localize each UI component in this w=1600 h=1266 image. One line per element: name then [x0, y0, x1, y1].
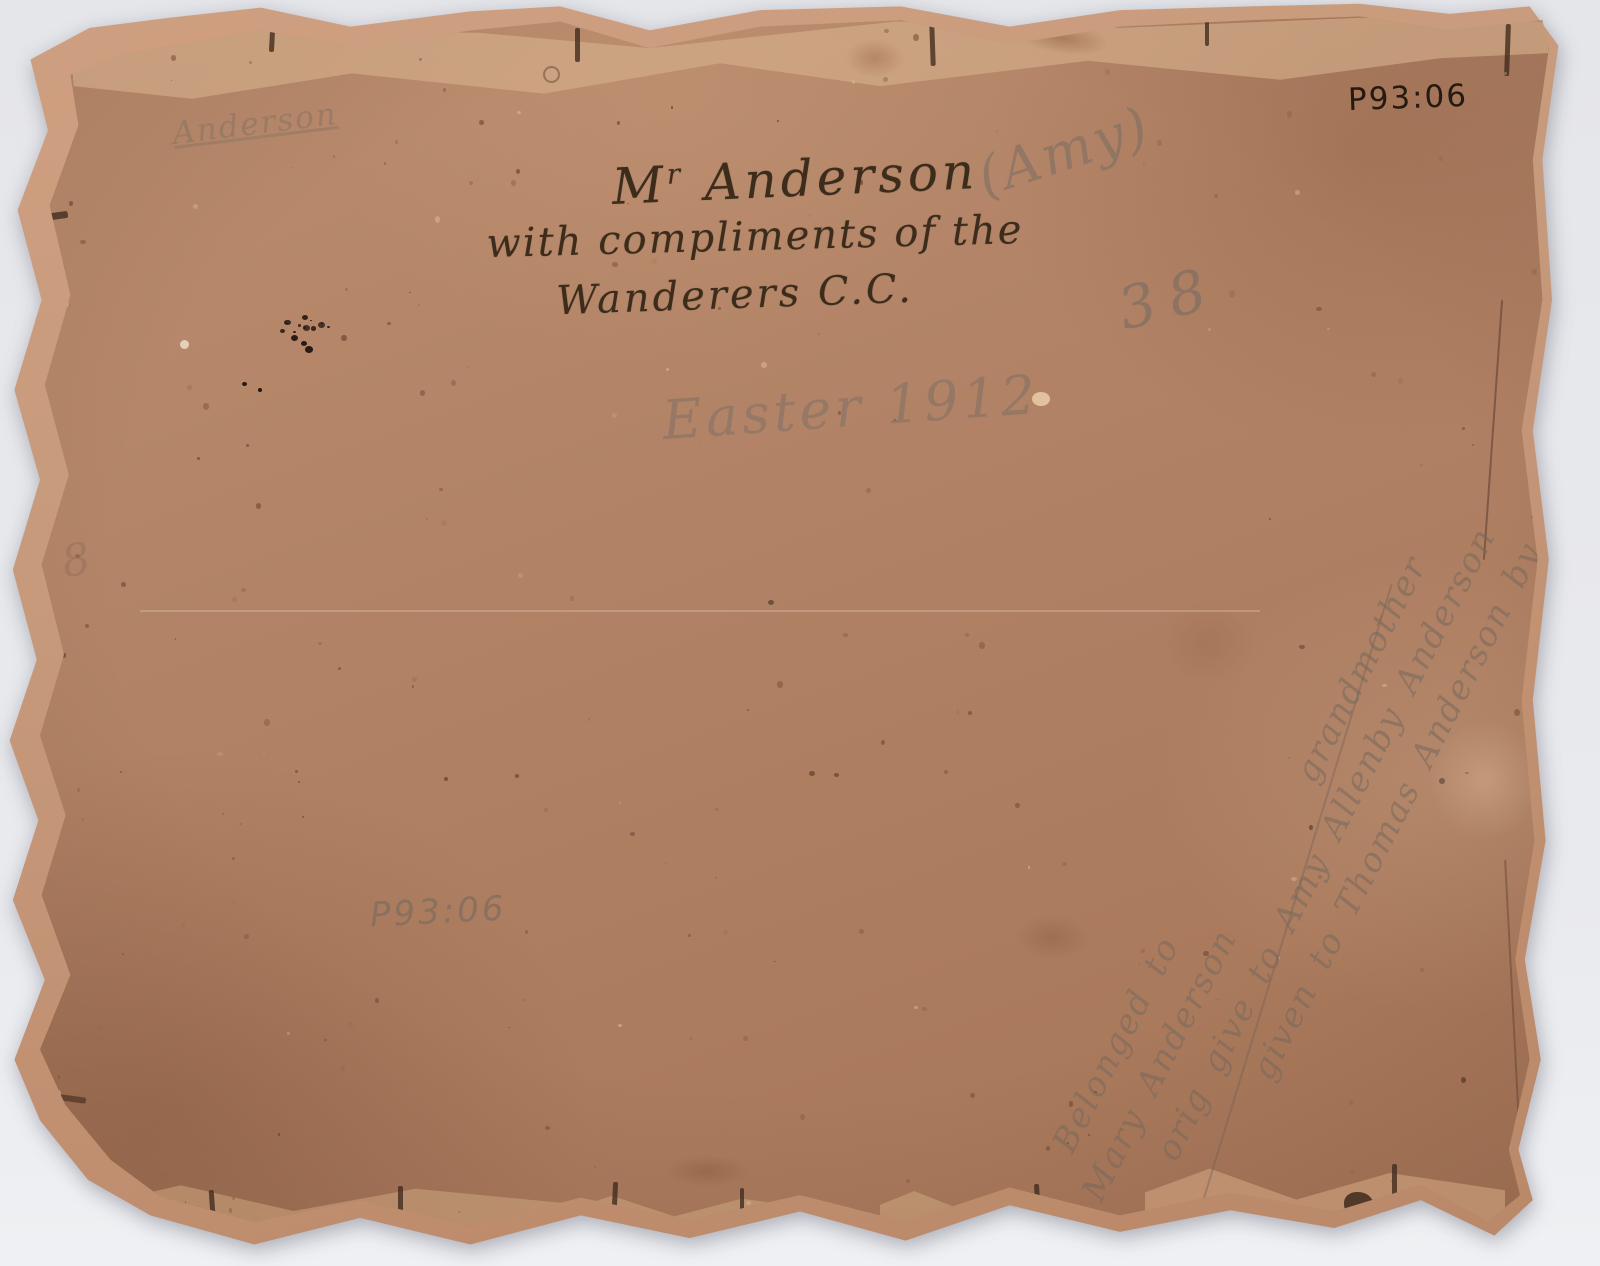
speck — [412, 677, 417, 683]
speck — [619, 802, 621, 805]
speck — [594, 1166, 596, 1167]
speck — [518, 573, 523, 578]
speck — [324, 1039, 327, 1041]
speck — [523, 999, 526, 1001]
speck — [232, 597, 238, 603]
speck — [1028, 866, 1030, 869]
speck — [517, 111, 521, 114]
speck — [384, 162, 386, 165]
speck — [834, 773, 839, 778]
speck — [426, 518, 428, 520]
speck — [290, 167, 292, 168]
speck — [881, 740, 885, 745]
speck — [996, 130, 998, 132]
speck — [666, 368, 669, 371]
speck — [229, 1208, 232, 1212]
ink-spatter-dot — [310, 320, 312, 322]
speck — [866, 488, 871, 493]
speck — [120, 771, 123, 773]
speck — [439, 488, 443, 491]
speck — [58, 1075, 61, 1078]
speck — [1214, 194, 1217, 198]
ink-spatter-dot — [305, 346, 313, 353]
ink-spatter-dot — [293, 331, 296, 333]
speck — [441, 520, 447, 526]
speck — [979, 642, 984, 649]
speck — [122, 953, 124, 955]
speck — [1143, 164, 1145, 166]
speck — [508, 1027, 510, 1029]
speck — [77, 788, 80, 792]
speck — [1295, 190, 1301, 195]
speck — [715, 877, 717, 879]
speck — [420, 390, 425, 396]
speck — [1287, 111, 1292, 117]
speck — [287, 1032, 290, 1034]
speck — [318, 642, 322, 645]
speck — [451, 380, 456, 386]
speck — [747, 709, 749, 711]
speck — [443, 88, 447, 92]
speck — [1532, 269, 1537, 275]
speck — [1015, 803, 1020, 808]
speck — [618, 1024, 621, 1028]
speck — [444, 777, 448, 781]
speck — [232, 902, 235, 905]
speck — [256, 503, 261, 509]
speck — [515, 774, 520, 778]
speck — [263, 753, 265, 754]
speck — [418, 304, 421, 307]
speck — [956, 710, 960, 715]
speck — [690, 1037, 692, 1040]
speck — [970, 1093, 975, 1098]
speck — [1420, 968, 1425, 972]
inscription-honorific-sup: r — [666, 157, 685, 191]
speck — [1349, 1100, 1352, 1104]
catalog-number-ink: P93:06 — [1347, 78, 1468, 118]
speck — [197, 457, 200, 459]
ink-spatter-dot — [327, 326, 330, 328]
speck — [467, 366, 469, 368]
speck — [121, 582, 126, 587]
speck — [387, 322, 391, 326]
ink-spatter-dot — [258, 388, 262, 392]
speck — [85, 624, 89, 628]
speck — [244, 934, 249, 938]
paper-surface: Anderson P93:06 Mr Anderson with complim… — [0, 0, 1600, 1266]
speck — [217, 752, 223, 756]
speck — [570, 596, 574, 601]
speck — [1398, 378, 1403, 384]
speck — [859, 929, 864, 934]
speck — [240, 823, 242, 825]
inscription-block: Mr Anderson with compliments of the Wand… — [470, 150, 1030, 318]
speck — [1504, 72, 1508, 75]
speck — [182, 923, 185, 927]
speck — [1327, 328, 1330, 330]
speck — [545, 1126, 551, 1130]
speck — [665, 862, 667, 865]
speck — [348, 1022, 353, 1028]
speck — [175, 638, 177, 640]
speck — [171, 55, 176, 61]
speck — [395, 140, 399, 144]
speck — [298, 781, 300, 783]
speck — [1439, 156, 1443, 161]
inscription-honorific: M — [611, 156, 669, 216]
speck — [1045, 593, 1047, 595]
speck — [1514, 709, 1520, 716]
speck — [1391, 1180, 1393, 1181]
catalog-number-pencil: P93:06 — [369, 888, 507, 935]
speck — [843, 633, 848, 638]
speck — [1105, 69, 1111, 75]
speck — [914, 1006, 918, 1009]
speck — [944, 770, 948, 774]
speck — [345, 288, 348, 291]
ink-blot — [1394, 1212, 1399, 1216]
speck — [883, 77, 888, 82]
speck — [232, 857, 235, 860]
speck — [1208, 328, 1211, 331]
speck — [1439, 778, 1445, 784]
ink-spatter-dot — [280, 329, 285, 333]
speck — [278, 1133, 281, 1136]
speck — [1371, 372, 1376, 377]
speck — [249, 61, 252, 63]
ink-spatter-dot — [311, 326, 317, 331]
speck — [688, 934, 692, 937]
speck — [1269, 518, 1271, 520]
speck — [81, 818, 84, 821]
speck — [746, 1201, 751, 1205]
speck — [1465, 772, 1469, 775]
speck — [922, 1007, 927, 1011]
speck — [232, 1197, 236, 1201]
speck — [761, 362, 766, 368]
speck — [588, 718, 590, 721]
speck — [295, 770, 298, 773]
speck — [965, 633, 969, 637]
speck — [435, 216, 440, 223]
ink-spatter-dot — [301, 341, 307, 346]
inscription-line-3: Wanderers C.C. — [454, 262, 1015, 328]
speck — [338, 667, 341, 670]
speck — [852, 80, 856, 84]
ink-spatter-dot — [242, 382, 247, 386]
speck — [800, 1114, 805, 1121]
speck — [99, 1026, 102, 1030]
ink-spatter-dot — [302, 315, 308, 320]
speck — [1316, 307, 1322, 311]
speck — [341, 335, 347, 341]
speck — [913, 34, 919, 42]
ink-spatter-dot — [318, 322, 325, 328]
scanner-bed: Anderson P93:06 Mr Anderson with complim… — [0, 0, 1600, 1266]
inscription-name: Anderson — [683, 142, 979, 213]
speck — [1229, 290, 1235, 297]
speck — [743, 1036, 748, 1041]
speck — [171, 80, 173, 81]
speck — [630, 832, 635, 837]
speck — [1461, 1077, 1466, 1083]
photo-card-verso: Anderson P93:06 Mr Anderson with complim… — [0, 0, 1600, 1266]
speck — [458, 1211, 461, 1213]
speck — [715, 808, 719, 811]
speck — [671, 106, 673, 108]
speck — [906, 1179, 909, 1182]
speck — [968, 711, 972, 715]
speck — [525, 930, 528, 934]
speck — [818, 333, 820, 335]
speck — [187, 385, 192, 391]
speck — [222, 813, 224, 815]
speck — [1062, 862, 1067, 866]
speck — [264, 719, 270, 726]
ink-spatter-dot — [284, 320, 290, 325]
speck — [723, 930, 728, 935]
speck — [241, 588, 246, 593]
speck — [777, 681, 782, 688]
speck — [80, 240, 85, 244]
speck — [409, 292, 411, 294]
speck — [809, 771, 815, 776]
speck — [412, 685, 415, 688]
speck — [375, 998, 380, 1003]
speck — [162, 1173, 167, 1179]
speck — [333, 155, 335, 158]
ink-spatter-dot — [298, 324, 300, 326]
ink-spatter-dot — [291, 335, 298, 341]
speck — [612, 413, 617, 418]
speck — [617, 121, 620, 125]
speck — [193, 204, 198, 209]
speck — [544, 808, 548, 812]
speck — [884, 29, 889, 33]
speck — [774, 961, 776, 962]
ink-spatter — [262, 298, 342, 368]
speck — [341, 1066, 345, 1071]
ink-spatter-dot — [303, 326, 306, 329]
speck — [246, 444, 249, 447]
speck — [479, 120, 485, 125]
speck — [57, 519, 59, 521]
speck — [1157, 140, 1162, 145]
speck — [69, 201, 73, 206]
speck — [203, 403, 209, 409]
speck — [302, 816, 304, 818]
speck — [419, 58, 423, 61]
speck — [777, 120, 779, 122]
speck — [1350, 1169, 1355, 1175]
speck — [1302, 225, 1304, 226]
